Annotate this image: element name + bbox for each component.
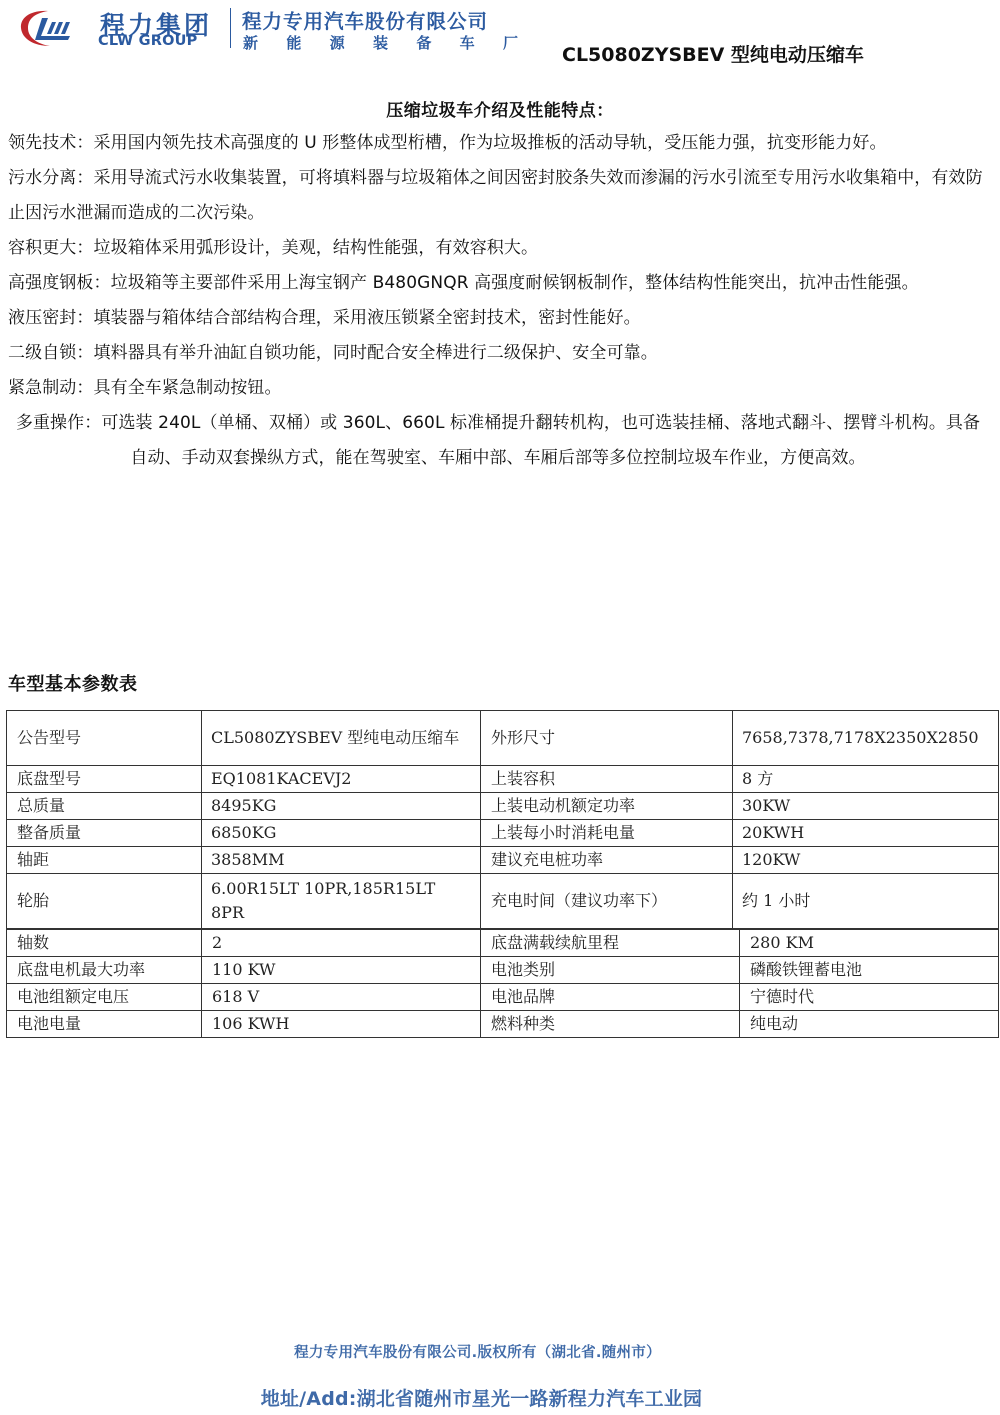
spec-key: 电池组额定电压 [7,984,202,1011]
table-row: 电池组额定电压 618 V 电池品牌 宁德时代 [7,984,999,1011]
page-header: 程力集团 CLW GROUP 程力专用汽车股份有限公司 新 能 源 装 备 车 … [0,0,1000,70]
company-subtitle-char: 车 [460,32,475,53]
spec-value: 120KW [733,847,999,874]
spec-key: 总质量 [7,793,202,820]
company-subtitle-char: 源 [330,32,345,53]
spec-value: 纯电动 [740,1011,999,1038]
spec-key: 整备质量 [7,820,202,847]
spec-value: 618 V [202,984,481,1011]
table-row: 轴距 3858MM 建议充电桩功率 120KW [7,847,999,874]
company-subtitle-char: 备 [416,32,431,53]
table-row: 公告型号 CL5080ZYSBEV 型纯电动压缩车 外形尺寸 7658,7378… [7,711,999,766]
spec-key: 轴数 [7,930,202,957]
spec-key: 上装每小时消耗电量 [481,820,733,847]
spec-table: 公告型号 CL5080ZYSBEV 型纯电动压缩车 外形尺寸 7658,7378… [6,710,999,929]
spec-value: 8495KG [202,793,481,820]
table-row: 底盘型号 EQ1081KACEVJ2 上装容积 8 方 [7,766,999,793]
feature-text: 采用国内领先技术高强度的 U 形整体成型桁槽，作为垃圾推板的活动导轨，受压能力强… [94,133,887,153]
table-row: 轮胎 6.00R15LT 10PR,185R15LT 8PR 充电时间（建议功率… [7,874,999,929]
spec-value: EQ1081KACEVJ2 [202,766,481,793]
feature-item: 多重操作：可选装 240L（单桶、双桶）或 360L、660L 标准桶提升翻转机… [8,406,988,476]
spec-value: 280 KM [740,930,999,957]
spec-key: 电池电量 [7,1011,202,1038]
footer-copyright: 程力专用汽车股份有限公司.版权所有（湖北省.随州市） [0,1341,955,1362]
feature-label: 紧急制动： [8,378,94,398]
intro-heading: 压缩垃圾车介绍及性能特点： [0,96,1000,121]
spec-key: 建议充电桩功率 [481,847,733,874]
spec-key: 充电时间（建议功率下） [481,874,733,929]
feature-label: 二级自锁： [8,343,94,363]
spec-value: 20KWH [733,820,999,847]
feature-text: 具有全车紧急制动按钮。 [94,378,282,398]
spec-key: 公告型号 [7,711,202,766]
company-subtitle: 新 能 源 装 备 车 厂 [243,32,518,53]
feature-label: 污水分离： [8,168,94,188]
feature-item: 领先技术：采用国内领先技术高强度的 U 形整体成型桁槽，作为垃圾推板的活动导轨，… [8,126,988,161]
spec-value: 106 KWH [202,1011,481,1038]
company-name: 程力专用汽车股份有限公司 [242,6,488,34]
feature-list: 领先技术：采用国内领先技术高强度的 U 形整体成型桁槽，作为垃圾推板的活动导轨，… [8,126,988,476]
feature-item: 污水分离：采用导流式污水收集装置，可将填料器与垃圾箱体之间因密封胶条失效而渗漏的… [8,161,988,231]
table-row: 整备质量 6850KG 上装每小时消耗电量 20KWH [7,820,999,847]
company-subtitle-char: 能 [286,32,301,53]
feature-label: 高强度钢板： [8,273,111,293]
feature-text: 可选装 240L（单桶、双桶）或 360L、660L 标准桶提升翻转机构，也可选… [101,413,980,468]
spec-key: 上装容积 [481,766,733,793]
spec-key: 底盘满载续航里程 [481,930,740,957]
spec-key: 底盘电机最大功率 [7,957,202,984]
feature-label: 液压密封： [8,308,94,328]
feature-label: 容积更大： [8,238,94,258]
spec-value: 2 [202,930,481,957]
spec-key: 外形尺寸 [481,711,733,766]
spec-value: 6850KG [202,820,481,847]
spec-value: 6.00R15LT 10PR,185R15LT 8PR [202,874,481,929]
company-subtitle-char: 新 [243,32,258,53]
table-row: 总质量 8495KG 上装电动机额定功率 30KW [7,793,999,820]
table-row: 轴数 2 底盘满载续航里程 280 KM [7,930,999,957]
footer-address: 地址/Add:湖北省随州市星光一路新程力汽车工业园 [0,1384,963,1411]
spec-key: 上装电动机额定功率 [481,793,733,820]
spec-key: 底盘型号 [7,766,202,793]
spec-value: 宁德时代 [740,984,999,1011]
spec-table-lower: 轴数 2 底盘满载续航里程 280 KM 底盘电机最大功率 110 KW 电池类… [6,929,999,1038]
feature-item: 二级自锁：填料器具有举升油缸自锁功能，同时配合安全棒进行二级保护、安全可靠。 [8,336,988,371]
feature-text: 填装器与箱体结合部结构合理，采用液压锁紧全密封技术，密封性能好。 [94,308,641,328]
spec-value: 3858MM [202,847,481,874]
feature-item: 高强度钢板：垃圾箱等主要部件采用上海宝钢产 B480GNQR 高强度耐候钢板制作… [8,266,988,301]
spec-key: 电池类别 [481,957,740,984]
feature-text: 垃圾箱等主要部件采用上海宝钢产 B480GNQR 高强度耐候钢板制作，整体结构性… [111,273,919,293]
spec-key: 轮胎 [7,874,202,929]
table-row: 底盘电机最大功率 110 KW 电池类别 磷酸铁锂蓄电池 [7,957,999,984]
spec-value: CL5080ZYSBEV 型纯电动压缩车 [202,711,481,766]
feature-item: 紧急制动：具有全车紧急制动按钮。 [8,371,988,406]
feature-text: 垃圾箱体采用弧形设计，美观，结构性能强，有效容积大。 [94,238,539,258]
spec-value: 约 1 小时 [733,874,999,929]
feature-label: 多重操作： [16,413,102,433]
spec-key: 燃料种类 [481,1011,740,1038]
feature-text: 采用导流式污水收集装置，可将填料器与垃圾箱体之间因密封胶条失效而渗漏的污水引流至… [8,168,983,223]
company-subtitle-char: 厂 [503,32,518,53]
spec-value: 磷酸铁锂蓄电池 [740,957,999,984]
spec-key: 轴距 [7,847,202,874]
spec-key: 电池品牌 [481,984,740,1011]
clw-logo-icon [18,8,86,48]
spec-value: 30KW [733,793,999,820]
brand-name-en: CLW GROUP [98,33,197,49]
spec-value: 8 方 [733,766,999,793]
feature-item: 容积更大：垃圾箱体采用弧形设计，美观，结构性能强，有效容积大。 [8,231,988,266]
feature-text: 填料器具有举升油缸自锁功能，同时配合安全棒进行二级保护、安全可靠。 [94,343,658,363]
spec-value: 7658,7378,7178X2350X2850 [733,711,999,766]
document-title: CL5080ZYSBEV 型纯电动压缩车 [562,40,864,67]
spec-table-title: 车型基本参数表 [8,670,138,696]
spec-value: 110 KW [202,957,481,984]
feature-item: 液压密封：填装器与箱体结合部结构合理，采用液压锁紧全密封技术，密封性能好。 [8,301,988,336]
table-row: 电池电量 106 KWH 燃料种类 纯电动 [7,1011,999,1038]
feature-label: 领先技术： [8,133,94,153]
company-subtitle-char: 装 [373,32,388,53]
header-divider [230,8,231,48]
